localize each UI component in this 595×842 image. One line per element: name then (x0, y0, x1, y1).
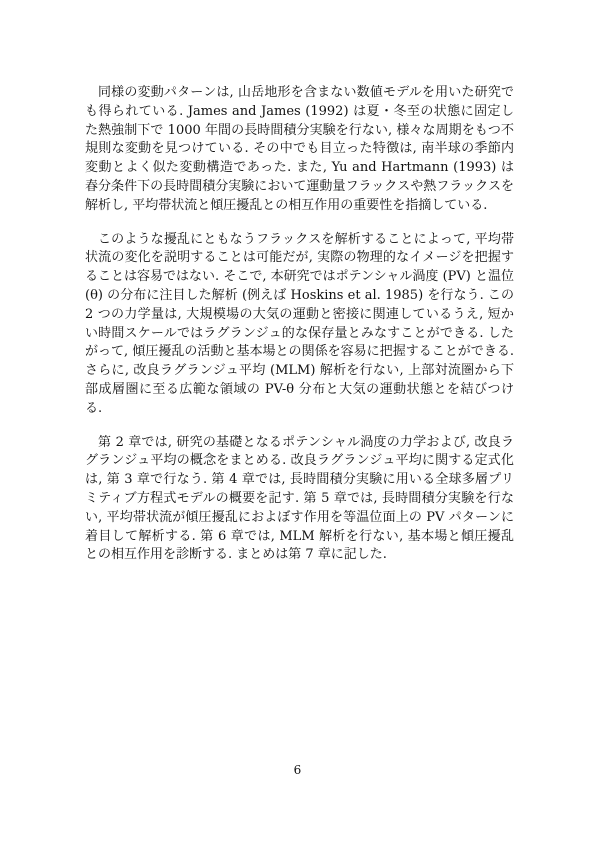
paragraph-1: 同様の変動パターンは, 山岳地形を含まない数値モデルを用いた研究でも得られている… (85, 84, 514, 216)
text-block: 同様の変動パターンは, 山岳地形を含まない数値モデルを用いた研究でも得られている… (85, 84, 514, 565)
paragraph-2: このような擾乱にともなうフラックスを解析することによって, 平均帯状流の変化を説… (85, 231, 514, 419)
page-number: 6 (0, 763, 595, 777)
document-page: 同様の変動パターンは, 山岳地形を含まない数値モデルを用いた研究でも得られている… (0, 0, 595, 842)
paragraph-3: 第 2 章では, 研究の基礎となるポテンシャル渦度の力学および, 改良ラグランジ… (85, 434, 514, 566)
